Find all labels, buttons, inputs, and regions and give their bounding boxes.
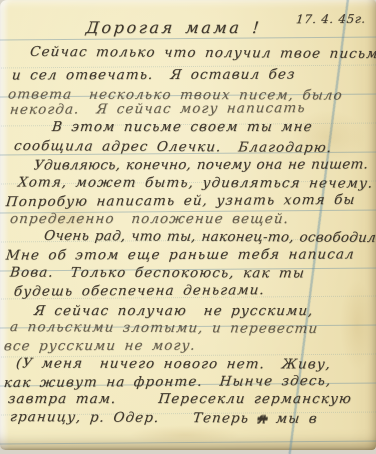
handwriting-text: границу, р. Одер. Теперь xyxy=(9,409,258,427)
handwriting-line: будешь обеспечена деньгами. xyxy=(13,282,266,300)
handwriting-line: все русскими не могу. xyxy=(3,338,196,355)
ruled-line xyxy=(0,440,376,444)
letter-date: 17. 4. 45г. xyxy=(295,12,366,26)
handwriting-line: Сейчас только что получил твое письмо xyxy=(29,44,376,62)
handwriting-line: границу, р. Одер. Теперь я мы в xyxy=(9,409,318,427)
handwriting-line: Мне об этом еще раньше тебя написал xyxy=(5,246,355,263)
handwriting-line: определенно положение вещей. xyxy=(9,211,290,227)
handwriting-line: как живут на фронте. Нынче здесь, xyxy=(3,373,332,391)
handwriting-line: сообщила адрес Олечки. Благодарю. xyxy=(13,138,333,156)
handwriting-line: Попробую написать ей, узнать хотя бы xyxy=(5,192,356,210)
handwriting-line: Я сейчас получаю не русскими, xyxy=(33,303,314,319)
handwriting-line: В этом письме своем ты мне xyxy=(51,119,313,135)
handwriting-line: и сел отвечать. Я оставил без xyxy=(11,67,296,84)
handwriting-line: Вова. Только беспокоюсь, как ты xyxy=(9,265,306,282)
handwriting-line: некогда. Я сейчас могу написать xyxy=(9,100,306,118)
letter-paper: 17. 4. 45г.Дорогая мама !Сейчас только ч… xyxy=(0,0,376,450)
letter-salutation: Дорогая мама ! xyxy=(85,18,262,37)
handwriting-line: Удивляюсь, конечно, почему она не пишет. xyxy=(33,156,369,173)
handwriting-line: Очень рад, что ты, наконец-то, освободил… xyxy=(43,228,376,246)
struck-out-word: я xyxy=(257,411,269,427)
handwriting-line: Хотя, может быть, удивляться нечему. xyxy=(17,174,374,191)
handwriting-line: завтра там. Пересекли германскую xyxy=(7,391,353,407)
handwriting-line: а польскими злотыми, и перевести xyxy=(9,319,319,337)
ruled-line xyxy=(0,36,376,40)
handwriting-line: (У меня ничего нового нет. Живу, xyxy=(15,356,332,373)
handwriting-text: мы в xyxy=(267,411,319,427)
